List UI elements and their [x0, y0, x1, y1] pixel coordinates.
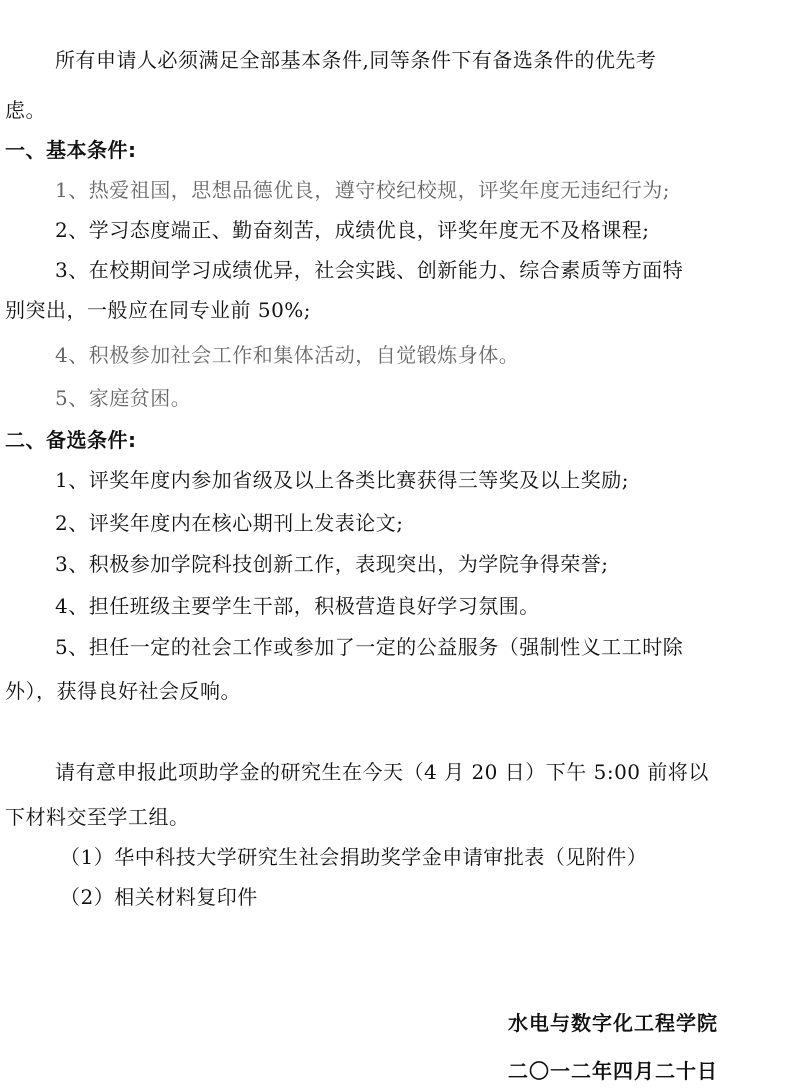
basic-item-2: 2、学习态度端正、勤奋刻苦，成绩优良，评奖年度无不及格课程; [55, 217, 649, 243]
optional-item-1: 1、评奖年度内参加省级及以上各类比赛获得三等奖及以上奖励; [55, 467, 629, 493]
intro-line-1: 所有申请人必须满足全部基本条件,同等条件下有备选条件的优先考 [55, 47, 656, 73]
optional-item-5-continued: 外），获得良好社会反响。 [5, 678, 241, 704]
signature-date: 二〇一二年四月二十日 [508, 1058, 718, 1084]
basic-item-3: 3、在校期间学习成绩优异，社会实践、创新能力、综合素质等方面特 [55, 257, 683, 283]
signature-organization: 水电与数字化工程学院 [508, 1010, 718, 1036]
material-item-1: （1）华中科技大学研究生社会捐助奖学金申请审批表（见附件） [60, 844, 647, 870]
intro-line-2: 虑。 [5, 97, 46, 123]
basic-item-4: 4、积极参加社会工作和集体活动，自觉锻炼身体。 [55, 342, 519, 368]
optional-conditions-heading: 二、备选条件: [5, 427, 137, 453]
optional-item-3: 3、积极参加学院科技创新工作，表现突出，为学院争得荣誉; [55, 551, 608, 577]
submission-line-2: 下材料交至学工组。 [5, 804, 190, 830]
optional-item-5: 5、担任一定的社会工作或参加了一定的公益服务（强制性义工工时除 [55, 634, 683, 660]
basic-item-5: 5、家庭贫困。 [55, 385, 191, 411]
basic-conditions-heading: 一、基本条件: [5, 137, 137, 163]
basic-item-1: 1、热爱祖国，思想品德优良，遵守校纪校规，评奖年度无违纪行为; [55, 177, 670, 203]
material-item-2: （2）相关材料复印件 [60, 884, 258, 910]
optional-item-4: 4、担任班级主要学生干部，积极营造良好学习氛围。 [55, 593, 540, 619]
optional-item-2: 2、评奖年度内在核心期刊上发表论文; [55, 510, 403, 536]
submission-line-1: 请有意申报此项助学金的研究生在今天（4 月 20 日）下午 5:00 前将以 [55, 759, 709, 785]
basic-item-3-continued: 别突出，一般应在同专业前 50%; [5, 297, 311, 323]
